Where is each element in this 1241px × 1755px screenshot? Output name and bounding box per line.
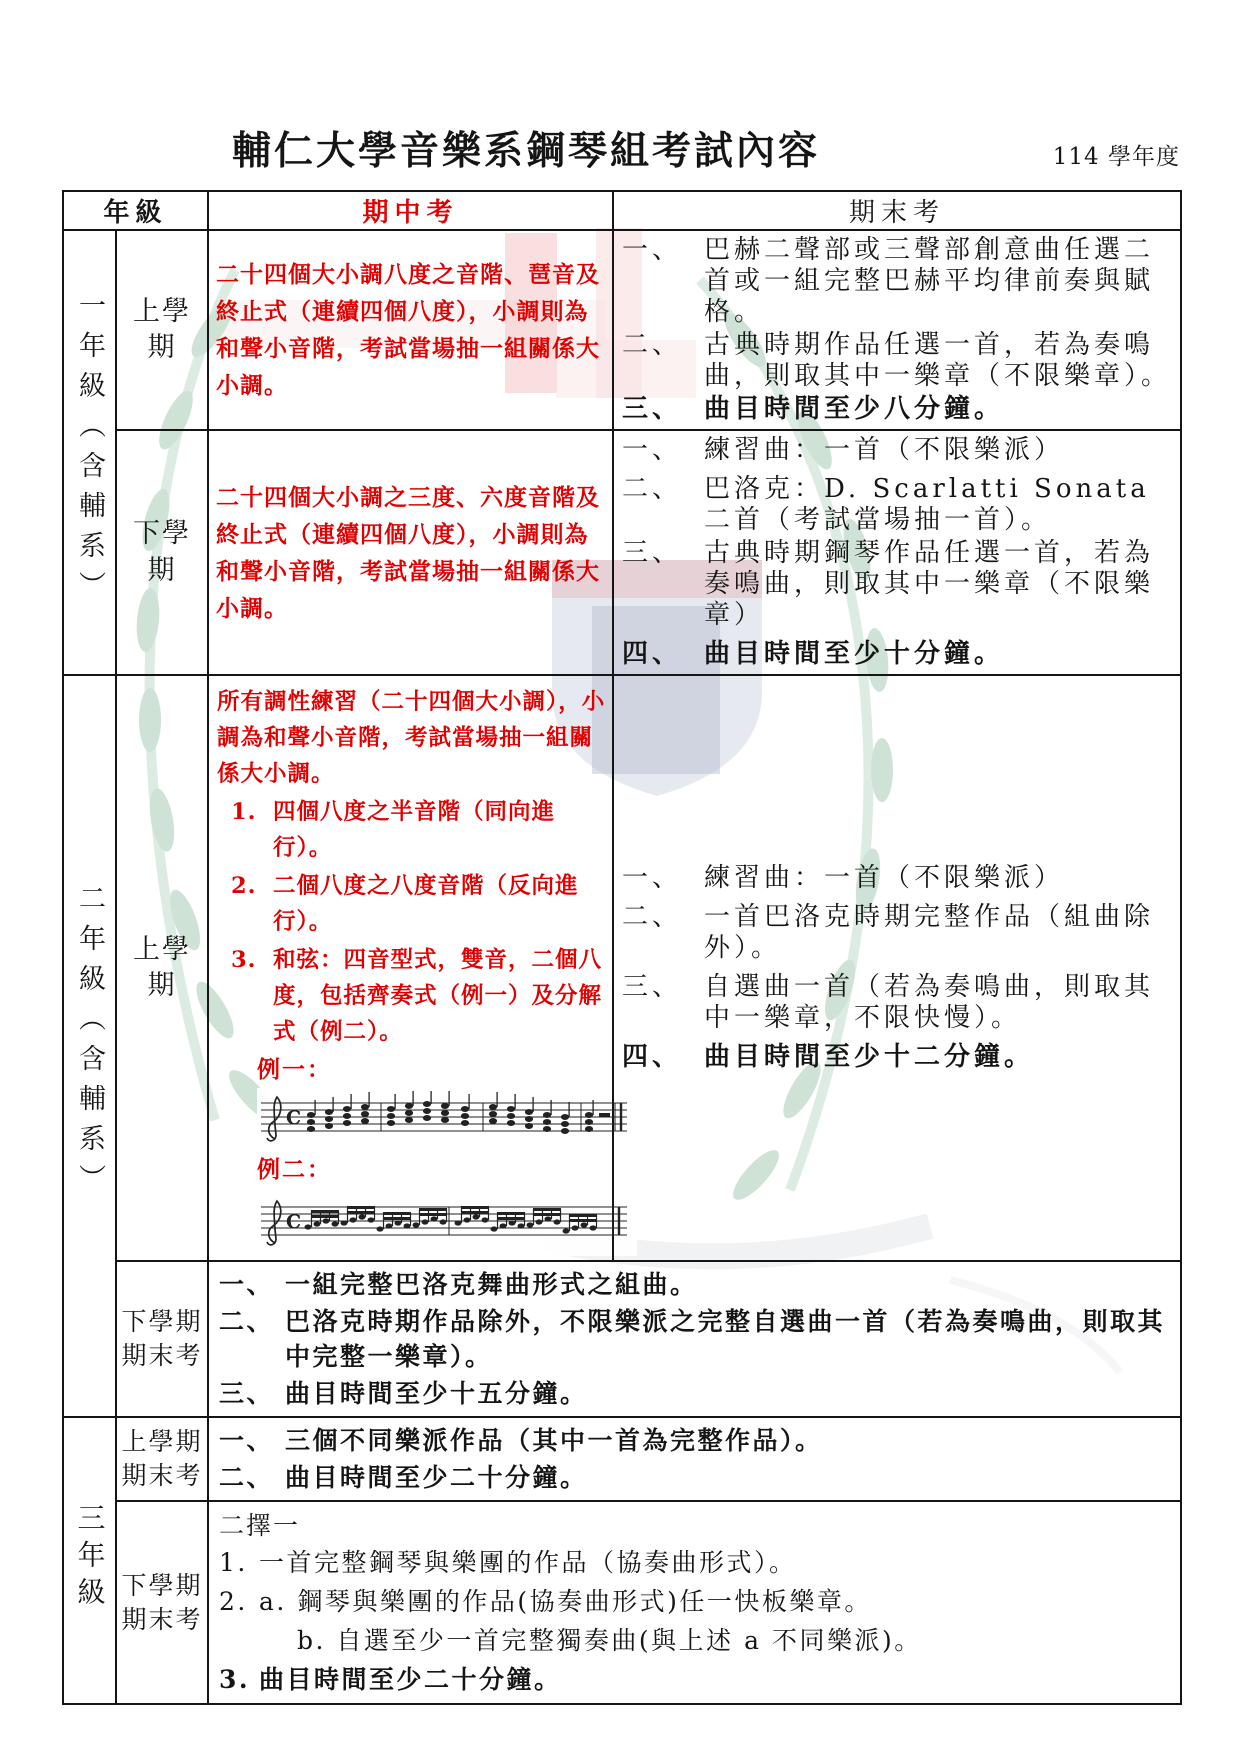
header-midterm: 期中考 [208, 191, 613, 230]
grade1-upper-semester: 上學期 [116, 230, 208, 430]
item-number: 一、 [622, 863, 704, 894]
item-number: 一、 [622, 435, 704, 466]
grade1-label-cell: 一年級（含輔系） [63, 230, 116, 675]
grade2-upper-final-cell: 一、練習曲：一首（不限樂派） 二、一首巴洛克時期完整作品（組曲除外）。 三、自選… [613, 675, 1181, 1261]
final-item: 四、曲目時間至少十二分鐘。 [622, 1042, 1174, 1073]
item-text: 巴洛克：D. Scarlatti Sonata 二首（考試當場抽一首）。 [704, 474, 1174, 536]
midterm-item: 3.和弦：四音型式，雙音，二個八度，包括齊奏式（例一）及分解式（例二）。 [231, 942, 606, 1050]
item-text: b. 自選至少一首完整獨奏曲(與上述 a 不同樂派)。 [259, 1622, 1170, 1659]
grade3-label: 三年級 [76, 1503, 104, 1614]
item-text: 一首完整鋼琴與樂團的作品（協奏曲形式）。 [259, 1544, 1170, 1581]
grade1-upper-final-cell: 一、巴赫二聲部或三聲部創意曲任選二首或一組完整巴赫平均律前奏與賦格。 二、古典時… [613, 230, 1181, 430]
music-notation-example-2: C [257, 1188, 637, 1256]
item-number: 二、 [219, 1460, 285, 1495]
final-item: 一、一組完整巴洛克舞曲形式之組曲。 [219, 1267, 1170, 1302]
item-number: 3. [231, 942, 273, 978]
header-final: 期末考 [613, 191, 1181, 230]
item-number: 3. [219, 1661, 259, 1698]
item-number: 一、 [219, 1267, 285, 1302]
final-item: 2.a. 鋼琴與樂團的作品(協奏曲形式)任一快板樂章。 [219, 1583, 1170, 1620]
grade1-lower-row: 下學期 二十四個大小調之三度、六度音階及終止式（連續四個八度），小調則為和聲小音… [63, 430, 1181, 675]
music-notation-example-1: C [257, 1088, 637, 1152]
final-item: 三、自選曲一首（若為奏鳴曲，則取其中一樂章，不限快慢）。 [622, 972, 1174, 1034]
item-text: 曲目時間至少二十分鐘。 [285, 1460, 1170, 1495]
item-text: 巴赫二聲部或三聲部創意曲任選二首或一組完整巴赫平均律前奏與賦格。 [704, 235, 1174, 328]
grade2-upper-midterm-intro: 所有調性練習（二十四個大小調），小調為和聲小音階，考試當場抽一組關係大小調。 [217, 684, 606, 792]
grade3-lower-semester: 下學期期末考 [116, 1501, 208, 1704]
item-text: 古典時期鋼琴作品任選一首，若為奏鳴曲，則取其中一樂章（不限樂章） [704, 538, 1174, 631]
item-text: 曲目時間至少十五分鐘。 [285, 1376, 1170, 1411]
final-item: 3.曲目時間至少二十分鐘。 [219, 1661, 1170, 1698]
item-text: 三個不同樂派作品（其中一首為完整作品）。 [285, 1423, 1170, 1458]
item-number: 三、 [219, 1376, 285, 1411]
item-text: 曲目時間至少二十分鐘。 [259, 1661, 1170, 1698]
item-number: 三、 [622, 538, 704, 569]
header-grade: 年級 [63, 191, 208, 230]
title-bar: 輔仁大學音樂系鋼琴組考試內容 114 學年度 [62, 120, 1180, 176]
grade1-lower-semester: 下學期 [116, 430, 208, 675]
final-item: 一、巴赫二聲部或三聲部創意曲任選二首或一組完整巴赫平均律前奏與賦格。 [622, 235, 1174, 328]
document-page: 輔仁大學音樂系鋼琴組考試內容 114 學年度 年級 期中考 期末考 一年級（含輔… [0, 0, 1241, 1755]
grade2-label-cell: 二年級（含輔系） [63, 675, 116, 1417]
grade1-upper-row: 一年級（含輔系） 上學期 二十四個大小調八度之音階、琶音及終止式（連續四個八度）… [63, 230, 1181, 430]
final-item: 四、曲目時間至少十分鐘。 [622, 639, 1174, 670]
grade3-upper-final-cell: 一、三個不同樂派作品（其中一首為完整作品）。 二、曲目時間至少二十分鐘。 [208, 1417, 1181, 1501]
grade1-lower-final-cell: 一、練習曲：一首（不限樂派） 二、巴洛克：D. Scarlatti Sonata… [613, 430, 1181, 675]
exam-table: 年級 期中考 期末考 一年級（含輔系） 上學期 二十四個大小調八度之音階、琶音及… [62, 190, 1182, 1705]
item-number: 二、 [622, 330, 704, 361]
item-number: 四、 [622, 1042, 704, 1073]
item-text: 曲目時間至少八分鐘。 [704, 394, 1174, 425]
svg-text:C: C [286, 1211, 301, 1233]
table-header-row: 年級 期中考 期末考 [63, 191, 1181, 230]
grade2-label: 二年級（含輔系） [76, 884, 103, 1204]
final-item: 二、巴洛克：D. Scarlatti Sonata 二首（考試當場抽一首）。 [622, 474, 1174, 536]
grade1-upper-midterm-text: 二十四個大小調八度之音階、琶音及終止式（連續四個八度），小調則為和聲小音階，考試… [216, 256, 605, 404]
final-item: 二、古典時期作品任選一首，若為奏鳴曲，則取其中一樂章（不限樂章）。 [622, 330, 1174, 392]
page-title: 輔仁大學音樂系鋼琴組考試內容 [62, 120, 990, 176]
item-text: 四個八度之半音階（同向進行）。 [273, 794, 606, 866]
grade3-upper-semester: 上學期期末考 [116, 1417, 208, 1501]
grade2-upper-semester: 上學期 [116, 675, 208, 1261]
final-item: 三、古典時期鋼琴作品任選一首，若為奏鳴曲，則取其中一樂章（不限樂章） [622, 538, 1174, 631]
item-text: 練習曲：一首（不限樂派） [704, 435, 1174, 466]
final-item: 一、練習曲：一首（不限樂派） [622, 435, 1174, 466]
item-number: 1. [231, 794, 273, 830]
item-text: 自選曲一首（若為奏鳴曲，則取其中一樂章，不限快慢）。 [704, 972, 1174, 1034]
final-item: b. 自選至少一首完整獨奏曲(與上述 a 不同樂派)。 [219, 1622, 1170, 1659]
final-item: 二、巴洛克時期作品除外，不限樂派之完整自選曲一首（若為奏鳴曲，則取其中完整一樂章… [219, 1304, 1170, 1374]
grade2-lower-semester: 下學期期末考 [116, 1261, 208, 1417]
grade3-label-cell: 三年級 [63, 1417, 116, 1704]
final-item: 1.一首完整鋼琴與樂團的作品（協奏曲形式）。 [219, 1544, 1170, 1581]
grade1-lower-midterm-text: 二十四個大小調之三度、六度音階及終止式（連續四個八度），小調則為和聲小音階，考試… [216, 479, 605, 627]
grade1-upper-midterm-cell: 二十四個大小調八度之音階、琶音及終止式（連續四個八度），小調則為和聲小音階，考試… [208, 230, 613, 430]
grade2-upper-midterm-list: 1.四個八度之半音階（同向進行）。 2.二個八度之八度音階（反向進行）。 3.和… [231, 794, 606, 1050]
grade2-lower-row: 下學期期末考 一、一組完整巴洛克舞曲形式之組曲。 二、巴洛克時期作品除外，不限樂… [63, 1261, 1181, 1417]
item-number: 二、 [622, 902, 704, 933]
item-number: 三、 [622, 394, 704, 425]
item-number: 1. [219, 1544, 259, 1581]
item-text: a. 鋼琴與樂團的作品(協奏曲形式)任一快板樂章。 [259, 1583, 1170, 1620]
example1-label: 例一： [257, 1052, 606, 1088]
item-text: 一組完整巴洛克舞曲形式之組曲。 [285, 1267, 1170, 1302]
final-item: 一、練習曲：一首（不限樂派） [622, 863, 1174, 894]
grade3-lower-final-cell: 二擇一 1.一首完整鋼琴與樂團的作品（協奏曲形式）。 2.a. 鋼琴與樂團的作品… [208, 1501, 1181, 1704]
item-text: 巴洛克時期作品除外，不限樂派之完整自選曲一首（若為奏鳴曲，則取其中完整一樂章）。 [285, 1304, 1170, 1374]
grade3-lower-row: 下學期期末考 二擇一 1.一首完整鋼琴與樂團的作品（協奏曲形式）。 2.a. 鋼… [63, 1501, 1181, 1704]
final-item: 一、三個不同樂派作品（其中一首為完整作品）。 [219, 1423, 1170, 1458]
item-number: 2. [219, 1583, 259, 1620]
grade1-label: 一年級（含輔系） [76, 291, 103, 611]
grade1-lower-midterm-cell: 二十四個大小調之三度、六度音階及終止式（連續四個八度），小調則為和聲小音階，考試… [208, 430, 613, 675]
final-item: 二、一首巴洛克時期完整作品（組曲除外）。 [622, 902, 1174, 964]
item-number: 三、 [622, 972, 704, 1003]
item-text: 二個八度之八度音階（反向進行）。 [273, 868, 606, 940]
choose-one-heading: 二擇一 [219, 1507, 1170, 1544]
item-number: 四、 [622, 639, 704, 670]
item-number: 二、 [219, 1304, 285, 1339]
item-number: 二、 [622, 474, 704, 505]
academic-year-label: 114 學年度 [990, 138, 1180, 176]
svg-text:C: C [286, 1107, 301, 1129]
item-text: 一首巴洛克時期完整作品（組曲除外）。 [704, 902, 1174, 964]
midterm-item: 1.四個八度之半音階（同向進行）。 [231, 794, 606, 866]
item-text: 古典時期作品任選一首，若為奏鳴曲，則取其中一樂章（不限樂章）。 [704, 330, 1174, 392]
grade2-lower-final-cell: 一、一組完整巴洛克舞曲形式之組曲。 二、巴洛克時期作品除外，不限樂派之完整自選曲… [208, 1261, 1181, 1417]
item-number: 一、 [219, 1423, 285, 1458]
item-text: 曲目時間至少十分鐘。 [704, 639, 1174, 670]
grade2-upper-row: 二年級（含輔系） 上學期 所有調性練習（二十四個大小調），小調為和聲小音階，考試… [63, 675, 1181, 1261]
midterm-item: 2.二個八度之八度音階（反向進行）。 [231, 868, 606, 940]
item-text: 練習曲：一首（不限樂派） [704, 863, 1174, 894]
grade2-upper-midterm-cell: 所有調性練習（二十四個大小調），小調為和聲小音階，考試當場抽一組關係大小調。 1… [208, 675, 613, 1261]
item-number: 一、 [622, 235, 704, 266]
final-item: 二、曲目時間至少二十分鐘。 [219, 1460, 1170, 1495]
item-text: 和弦：四音型式，雙音，二個八度，包括齊奏式（例一）及分解式（例二）。 [273, 942, 606, 1050]
grade3-upper-row: 三年級 上學期期末考 一、三個不同樂派作品（其中一首為完整作品）。 二、曲目時間… [63, 1417, 1181, 1501]
final-item: 三、曲目時間至少八分鐘。 [622, 394, 1174, 425]
item-text: 曲目時間至少十二分鐘。 [704, 1042, 1174, 1073]
final-item: 三、曲目時間至少十五分鐘。 [219, 1376, 1170, 1411]
item-number: 2. [231, 868, 273, 904]
example2-label: 例二： [257, 1152, 606, 1188]
